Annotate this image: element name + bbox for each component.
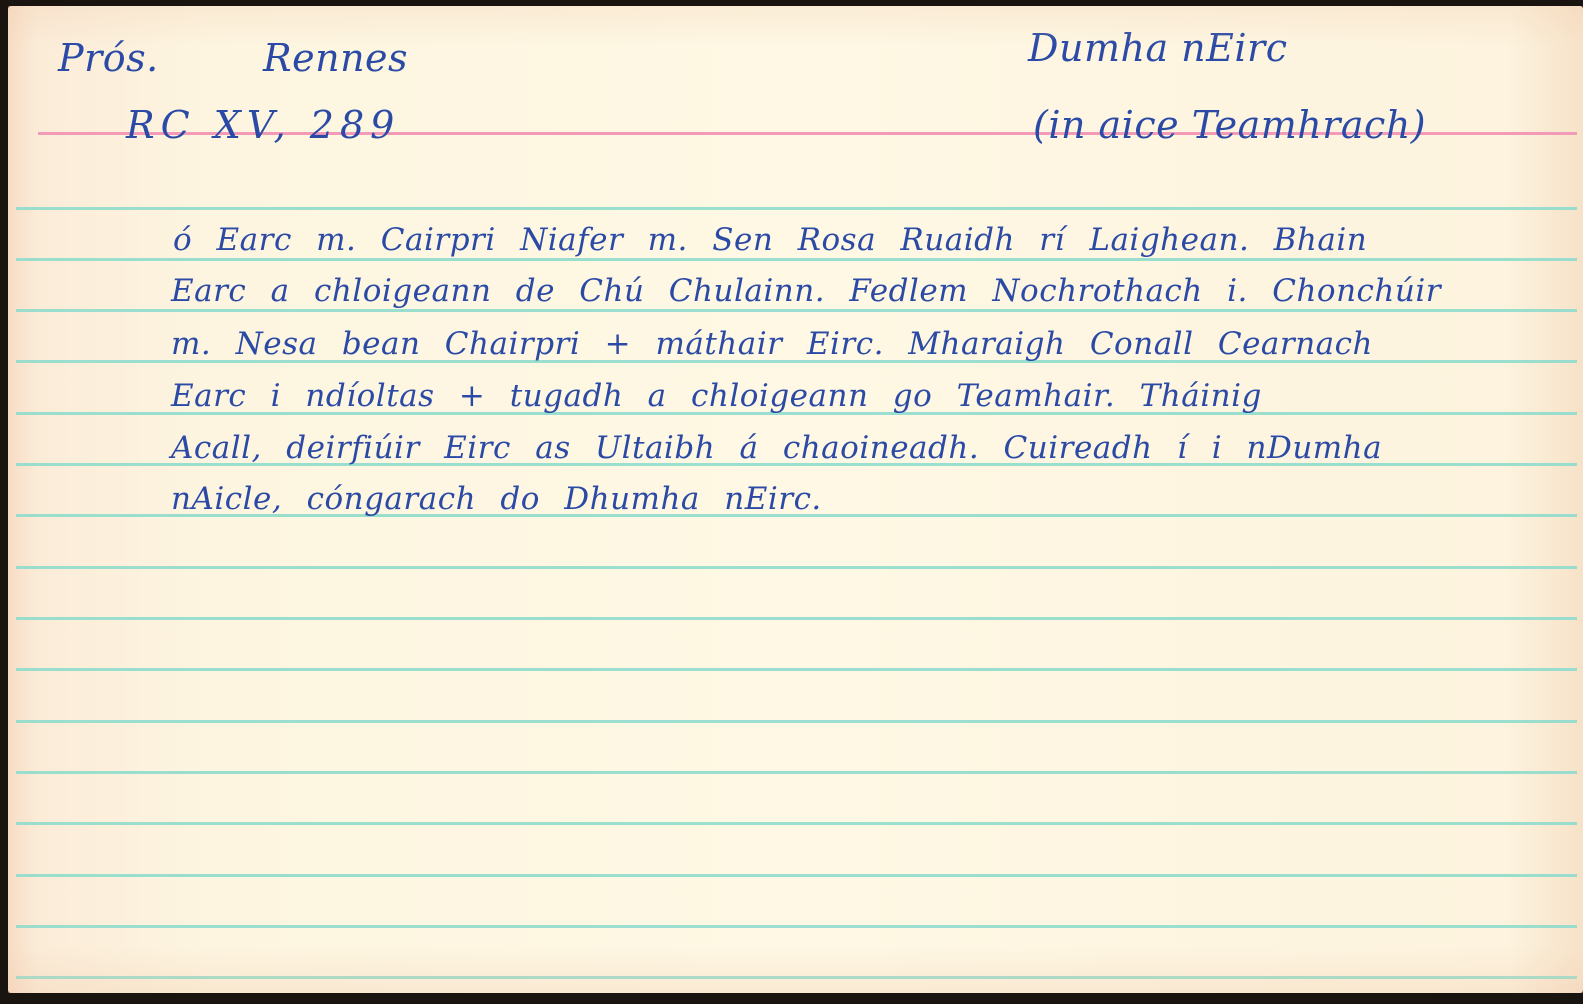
ruled-line <box>16 925 1577 928</box>
ruled-line <box>16 617 1577 620</box>
ruled-line <box>16 566 1577 569</box>
ruled-line <box>16 771 1577 774</box>
body-line-2: Earc a chloigeann de Chú Chulainn. Fedle… <box>171 273 1441 309</box>
ruled-line <box>16 976 1577 979</box>
ruled-line <box>16 668 1577 671</box>
body-line-6: nAicle, cóngarach do Dhumha nEirc. <box>171 481 822 517</box>
body-line-4: Earc i ndíoltas + tugadh a chloigeann go… <box>171 378 1262 414</box>
placename-title: Dumha nEirc <box>1028 26 1288 70</box>
ruled-line <box>16 207 1577 210</box>
index-card: Prós. Rennes RC XV, 289 Dumha nEirc (in … <box>8 6 1583 993</box>
location-note: (in aice Teamhrach) <box>1033 103 1426 147</box>
reference-label: RC XV, 289 <box>126 103 400 147</box>
ruled-line <box>16 309 1577 312</box>
ruled-line <box>16 822 1577 825</box>
body-line-3: m. Nesa bean Chairpri + máthair Eirc. Mh… <box>171 326 1373 362</box>
genre-label: Prós. <box>58 36 159 80</box>
ruled-line <box>16 874 1577 877</box>
source-label: Rennes <box>263 36 408 80</box>
ruled-line <box>16 258 1577 261</box>
ruled-line <box>16 720 1577 723</box>
body-line-1: ó Earc m. Cairpri Niafer m. Sen Rosa Rua… <box>173 222 1367 258</box>
body-line-5: Acall, deirfiúir Eirc as Ultaibh á chaoi… <box>171 430 1382 466</box>
